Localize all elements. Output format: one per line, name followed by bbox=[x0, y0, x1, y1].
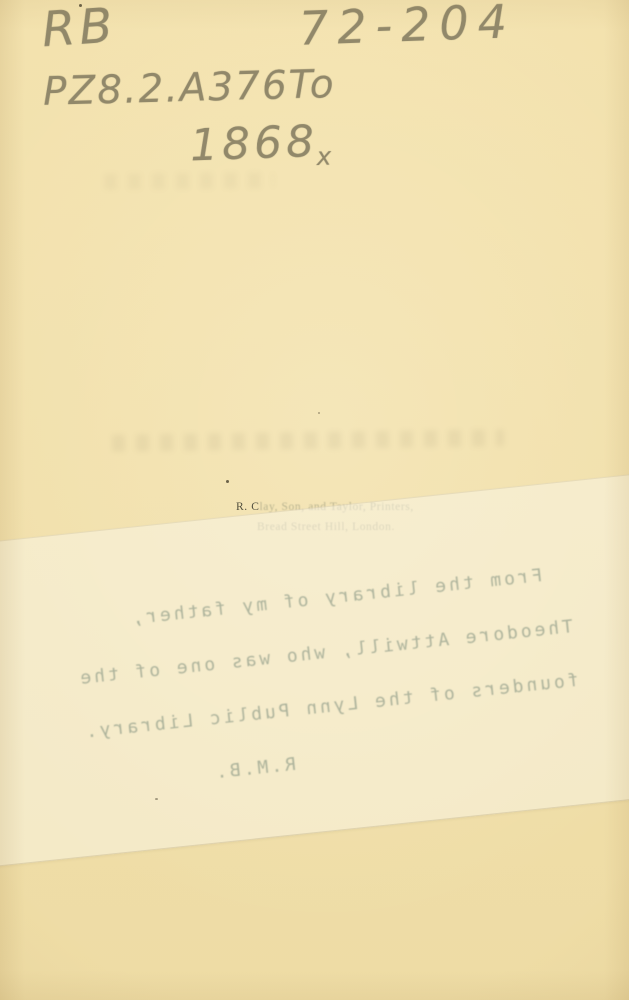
bookplate-showthrough-text: From the library of my father, Theodore … bbox=[51, 547, 587, 816]
tissue-overlay: From the library of my father, Theodore … bbox=[0, 471, 629, 869]
pencil-year-suffix: x bbox=[316, 142, 332, 171]
pencil-year: 1868x bbox=[189, 116, 333, 172]
paper-speck bbox=[226, 480, 229, 483]
printer-imprint-dark-part: R. C bbox=[236, 501, 260, 513]
pencil-year-value: 1868 bbox=[189, 116, 319, 171]
pencil-accession-number: 72-204 bbox=[298, 0, 517, 56]
scanned-page: RB 72-204 PZ8.2.A376To 1868x R. Clay, So… bbox=[0, 0, 629, 1000]
ghost-smudge bbox=[104, 172, 274, 189]
paper-speck bbox=[155, 798, 158, 800]
pencil-collection-code: RB bbox=[40, 0, 118, 59]
paper-speck bbox=[79, 4, 82, 7]
pencil-call-number: PZ8.2.A376To bbox=[42, 62, 336, 115]
ghost-smudge bbox=[112, 429, 504, 451]
paper-speck bbox=[318, 412, 320, 414]
